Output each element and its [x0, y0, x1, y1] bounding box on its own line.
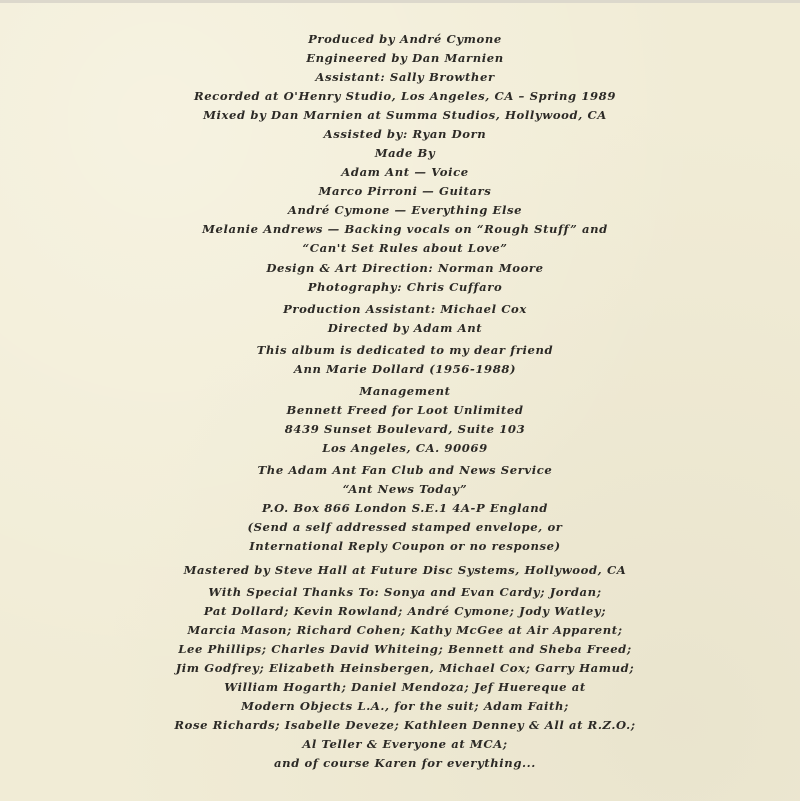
- credit-line: André Cymone — Everything Else: [0, 201, 800, 220]
- backing-vocals-credit: Melanie Andrews — Backing vocals on “Rou…: [0, 220, 800, 258]
- credit-line: Recorded at O'Henry Studio, Los Angeles,…: [0, 87, 800, 106]
- credits-text: Produced by André Cymone Engineered by D…: [0, 30, 800, 773]
- dedication-line: Ann Marie Dollard (1956-1988): [0, 360, 800, 379]
- address-line: (Send a self addressed stamped envelope,…: [0, 518, 800, 537]
- dedication-line: This album is dedicated to my dear frien…: [0, 341, 800, 360]
- section-heading: Made By: [0, 144, 800, 163]
- credit-line: Assisted by: Ryan Dorn: [0, 125, 800, 144]
- credit-line: Adam Ant — Voice: [0, 163, 800, 182]
- credit-line: Design & Art Direction: Norman Moore: [0, 259, 800, 278]
- address-line: “Ant News Today”: [0, 480, 800, 499]
- credit-line: Directed by Adam Ant: [0, 319, 800, 338]
- liner-notes-page: Produced by André Cymone Engineered by D…: [0, 0, 800, 801]
- credit-line: Production Assistant: Michael Cox: [0, 300, 800, 319]
- address-line: Los Angeles, CA. 90069: [0, 439, 800, 458]
- credit-line: Produced by André Cymone: [0, 30, 800, 49]
- thanks-line: and of course Karen for everything...: [0, 754, 800, 773]
- direction-credits: Production Assistant: Michael Cox Direct…: [0, 300, 800, 338]
- credit-line: Marco Pirroni — Guitars: [0, 182, 800, 201]
- thanks-line: Rose Richards; Isabelle Deveze; Kathleen…: [0, 716, 800, 735]
- thanks-line: Lee Phillips; Charles David Whiteing; Be…: [0, 640, 800, 659]
- credit-line: Mastered by Steve Hall at Future Disc Sy…: [0, 561, 800, 580]
- thanks-line: William Hogarth; Daniel Mendoza; Jef Hue…: [0, 678, 800, 697]
- credit-line: Photography: Chris Cuffaro: [0, 278, 800, 297]
- made-by-credits: Made By Adam Ant — Voice Marco Pirroni —…: [0, 144, 800, 220]
- design-credits: Design & Art Direction: Norman Moore Pho…: [0, 259, 800, 297]
- thanks-line: Al Teller & Everyone at MCA;: [0, 735, 800, 754]
- mastering-credit: Mastered by Steve Hall at Future Disc Sy…: [0, 561, 800, 580]
- credit-line: Assistant: Sally Browther: [0, 68, 800, 87]
- thanks-line: Jim Godfrey; Elizabeth Heinsbergen, Mich…: [0, 659, 800, 678]
- management-contact: Management Bennett Freed for Loot Unlimi…: [0, 382, 800, 458]
- address-line: International Reply Coupon or no respons…: [0, 537, 800, 556]
- credit-line: Engineered by Dan Marnien: [0, 49, 800, 68]
- address-line: 8439 Sunset Boulevard, Suite 103: [0, 420, 800, 439]
- production-credits: Produced by André Cymone Engineered by D…: [0, 30, 800, 144]
- thanks-line: Pat Dollard; Kevin Rowland; André Cymone…: [0, 602, 800, 621]
- special-thanks: With Special Thanks To: Sonya and Evan C…: [0, 583, 800, 773]
- thanks-line: Modern Objects L.A., for the suit; Adam …: [0, 697, 800, 716]
- section-heading: Management: [0, 382, 800, 401]
- address-line: Bennett Freed for Loot Unlimited: [0, 401, 800, 420]
- thanks-line: Marcia Mason; Richard Cohen; Kathy McGee…: [0, 621, 800, 640]
- thanks-line: With Special Thanks To: Sonya and Evan C…: [0, 583, 800, 602]
- credit-line: Melanie Andrews — Backing vocals on “Rou…: [0, 220, 800, 239]
- dedication: This album is dedicated to my dear frien…: [0, 341, 800, 379]
- credit-line: “Can't Set Rules about Love”: [0, 239, 800, 258]
- credit-line: Mixed by Dan Marnien at Summa Studios, H…: [0, 106, 800, 125]
- section-heading: The Adam Ant Fan Club and News Service: [0, 461, 800, 480]
- page-top-edge: [0, 0, 800, 3]
- fan-club-contact: The Adam Ant Fan Club and News Service “…: [0, 461, 800, 556]
- address-line: P.O. Box 866 London S.E.1 4A-P England: [0, 499, 800, 518]
